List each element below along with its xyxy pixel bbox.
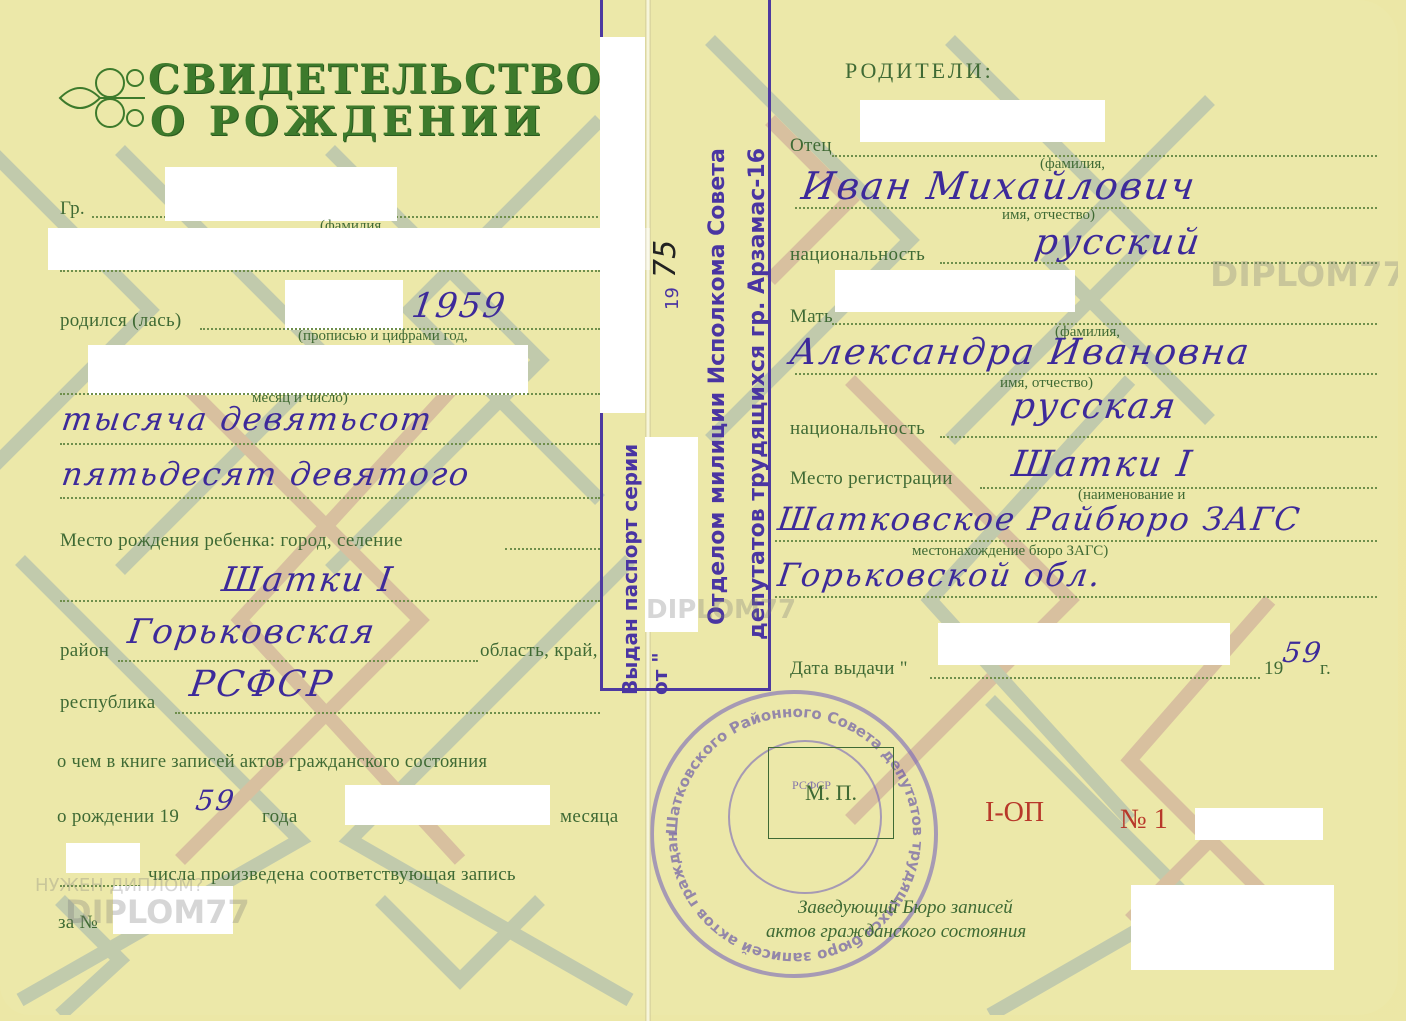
police-department-line-2: депутатов трудящихся гр. Арзамас-16 — [745, 148, 770, 640]
redacted-record-day — [66, 843, 140, 873]
registration-label: Место регистрации — [790, 468, 953, 490]
citizen-label: Гр. — [60, 198, 85, 220]
mother-nationality-label: национальность — [790, 418, 925, 440]
issue-year: 59 — [1281, 636, 1325, 669]
ornament-left-icon — [55, 58, 150, 138]
born-hint-1: (прописью и цифрами год, — [298, 328, 468, 345]
republic-label: республика — [60, 692, 155, 714]
signature-line-2: актов гражданского состояния — [766, 921, 1026, 943]
birthplace-city: Шатки I — [219, 560, 396, 600]
redacted-issue-date — [938, 623, 1230, 665]
issue-year-suffix: г. — [1320, 658, 1331, 680]
parents-heading: РОДИТЕЛИ: — [845, 58, 994, 84]
born-words-line-1: тысяча девятьсот — [59, 400, 435, 438]
father-name: Иван Михайлович — [799, 164, 1199, 208]
record-text-1: о чем в книге записей актов гражданского… — [57, 752, 487, 773]
police-department-line-1: Отделом милиции Исполкома Совета — [705, 148, 730, 625]
registry-office: Шатковское Райбюро ЗАГС — [775, 500, 1303, 538]
series: I-ОП — [985, 797, 1044, 829]
born-label: родился (лась) — [60, 310, 182, 332]
passport-from-label: от " — [648, 652, 672, 695]
redacted-name — [48, 228, 650, 270]
title-line-2: О РОЖДЕНИИ — [150, 98, 546, 145]
redacted-father-surname — [860, 100, 1105, 142]
father-nationality: русский — [1032, 222, 1204, 263]
watermark-text-center: DIPLOM77 — [646, 595, 796, 625]
seal-placeholder: М. П. — [768, 747, 894, 839]
mother-name: Александра Ивановна — [787, 332, 1253, 373]
watermark-text-2: DIPLOM77 — [65, 893, 250, 931]
registration-place: Шатки I — [1009, 444, 1196, 485]
born-year: 1959 — [409, 286, 509, 326]
district-label: район — [60, 640, 109, 662]
certificate-number: № 1 — [1120, 804, 1168, 836]
mother-nationality: русская — [1009, 386, 1180, 427]
redacted-signature — [1131, 885, 1334, 970]
redacted-mother-surname — [835, 270, 1075, 312]
seal-label: М. П. — [805, 780, 857, 806]
signature-line-1: Заведующий Бюро записей — [798, 897, 1013, 919]
scanned-document: СВИДЕТЕЛЬСТВО О РОЖДЕНИИ Гр. (фамилия ро… — [0, 0, 1406, 1021]
redacted-birth-date — [285, 280, 403, 330]
redacted-record-month — [345, 785, 550, 825]
left-page: СВИДЕТЕЛЬСТВО О РОЖДЕНИИ Гр. (фамилия ро… — [0, 0, 650, 1015]
record-birth-label: о рождении 19 — [57, 806, 179, 828]
father-label: Отец — [790, 135, 832, 157]
record-year-suffix: года — [262, 806, 298, 828]
mother-label: Мать — [790, 306, 833, 328]
redacted-birth-words — [88, 345, 528, 395]
redacted-certificate-number — [1195, 808, 1323, 840]
region-label: область, край, — [480, 640, 598, 662]
record-year: 59 — [194, 784, 238, 817]
passport-issued-stamp: Выдан паспорт серии — [618, 444, 642, 695]
republic-value: РСФСР — [187, 664, 336, 705]
title-line-1: СВИДЕТЕЛЬСТВО — [148, 56, 602, 103]
issue-date-label: Дата выдачи " — [790, 658, 908, 680]
birthplace-label: Место рождения ребенка: город, селение — [60, 530, 403, 552]
watermark-text-right: DIPLOM77 — [1210, 255, 1398, 295]
record-month-label: месяца — [560, 806, 619, 828]
born-words-line-2: пятьдесят девятого — [59, 455, 473, 493]
registry-region: Горьковской обл. — [775, 556, 1104, 594]
passport-year-prefix: 19 — [662, 287, 683, 310]
district-value: Горьковская — [125, 612, 379, 652]
redacted-surname — [165, 167, 397, 221]
passport-year-handwritten: 75 — [648, 240, 683, 278]
redacted-passport-series — [600, 37, 645, 413]
father-nationality-label: национальность — [790, 244, 925, 266]
